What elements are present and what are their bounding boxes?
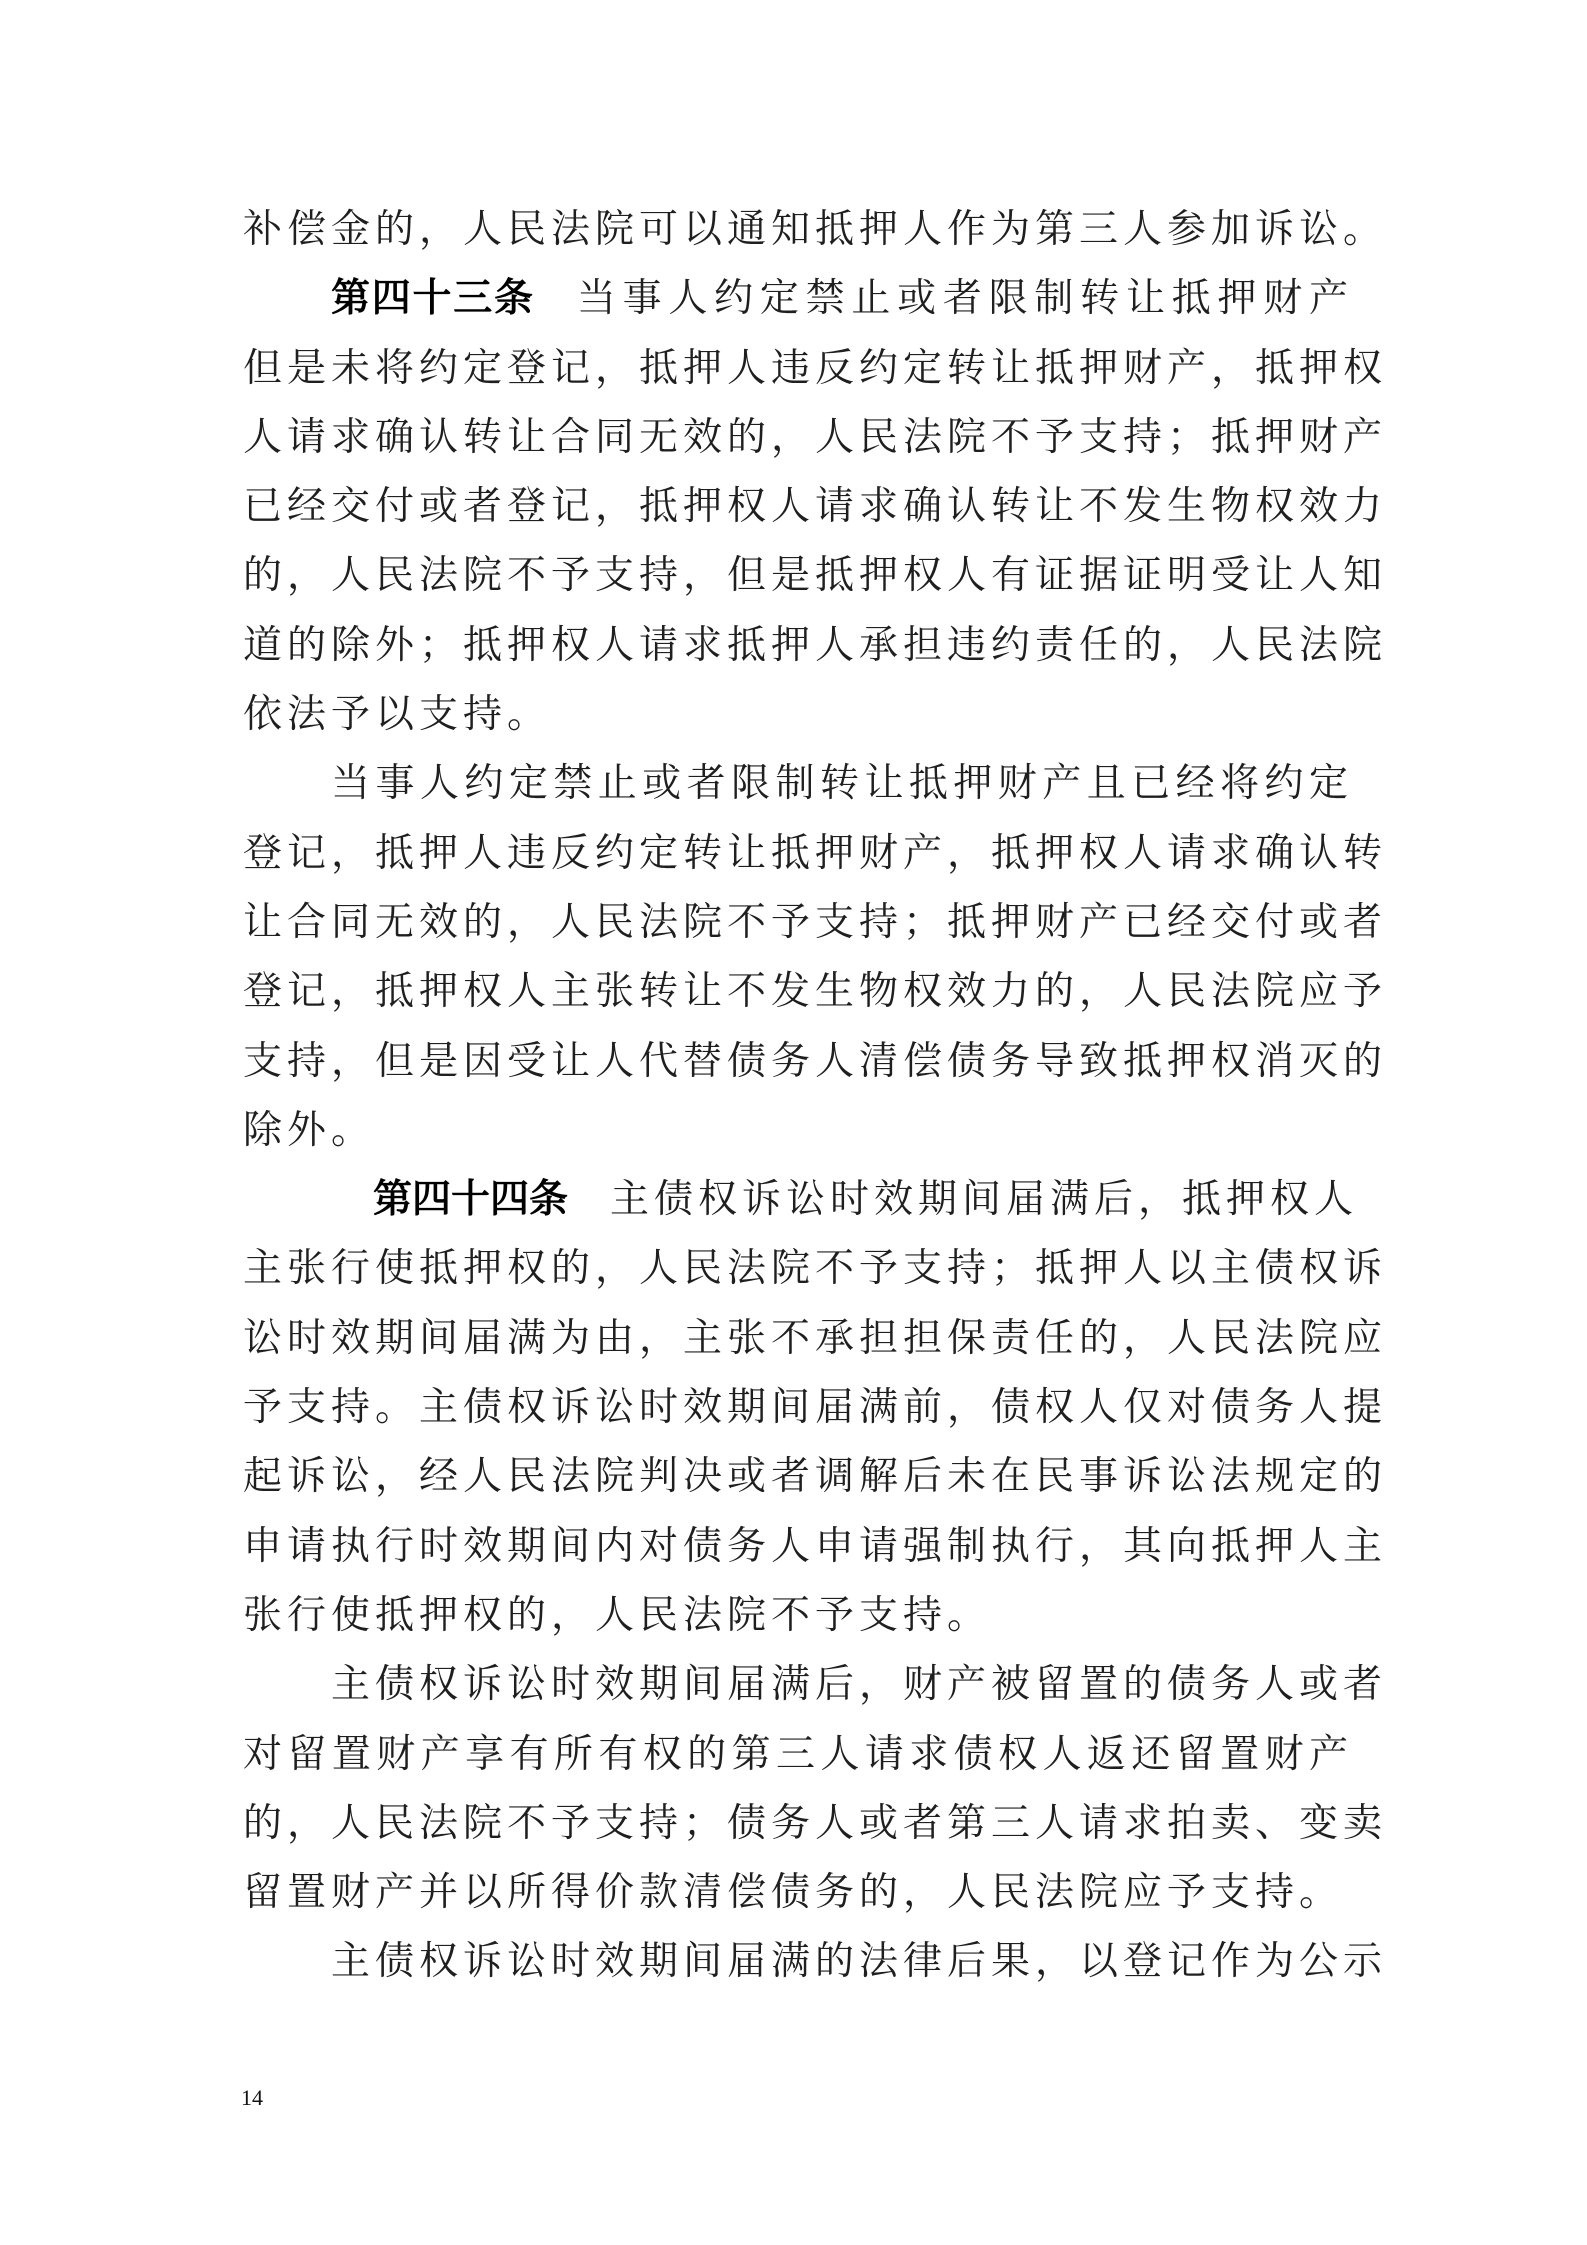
text-line: 道的除外；抵押权人请求抵押人承担违约责任的，人民法院: [243, 621, 1353, 690]
text-line: 已经交付或者登记，抵押权人请求确认转让不发生物权效力: [243, 482, 1353, 551]
text-line: 依法予以支持。: [243, 690, 1353, 759]
text-line: 登记，抵押人违反约定转让抵押财产，抵押权人请求确认转: [243, 829, 1353, 898]
text-line: 的，人民法院不予支持，但是抵押权人有证据证明受让人知: [243, 551, 1353, 620]
paragraph-first-line: 主债权诉讼时效期间届满后，财产被留置的债务人或者: [243, 1660, 1353, 1729]
article-first-line: 第四十四条主债权诉讼时效期间届满后，抵押权人: [243, 1175, 1353, 1244]
document-page: 补偿金的，人民法院可以通知抵押人作为第三人参加诉讼。 第四十三条当事人约定禁止或…: [0, 0, 1587, 2245]
text-line: 的，人民法院不予支持；债务人或者第三人请求拍卖、变卖: [243, 1799, 1353, 1868]
text-line: 张行使抵押权的，人民法院不予支持。: [243, 1591, 1353, 1660]
text-line: 补偿金的，人民法院可以通知抵押人作为第三人参加诉讼。: [243, 205, 1353, 274]
text-line: 讼时效期间届满为由，主张不承担担保责任的，人民法院应: [243, 1314, 1353, 1383]
text-line: 予支持。主债权诉讼时效期间届满前，债权人仅对债务人提: [243, 1383, 1353, 1452]
text-line: 但是未将约定登记，抵押人违反约定转让抵押财产，抵押权: [243, 344, 1353, 413]
text-line: 申请执行时效期间内对债务人申请强制执行，其向抵押人主: [243, 1522, 1353, 1591]
text-line: 对留置财产享有所有权的第三人请求债权人返还留置财产: [243, 1730, 1353, 1799]
text-line: 支持，但是因受让人代替债务人清偿债务导致抵押权消灭的: [243, 1037, 1353, 1106]
text-line: 除外。: [243, 1106, 1353, 1175]
text-span: 主债权诉讼时效期间届满后，抵押权人: [610, 1177, 1358, 1222]
text-line: 人请求确认转让合同无效的，人民法院不予支持；抵押财产: [243, 413, 1353, 482]
page-number: 14: [241, 2085, 263, 2111]
text-line: 留置财产并以所得价款清偿债务的，人民法院应予支持。: [243, 1868, 1353, 1937]
text-line: 起诉讼，经人民法院判决或者调解后未在民事诉讼法规定的: [243, 1452, 1353, 1521]
text-line: 主张行使抵押权的，人民法院不予支持；抵押人以主债权诉: [243, 1244, 1353, 1313]
text-line: 让合同无效的，人民法院不予支持；抵押财产已经交付或者: [243, 898, 1353, 967]
paragraph-first-line: 当事人约定禁止或者限制转让抵押财产且已经将约定: [243, 759, 1353, 828]
text-line: 登记，抵押权人主张转让不发生物权效力的，人民法院应予: [243, 967, 1353, 1036]
article-heading: 第四十三条: [331, 276, 535, 321]
text-span: 当事人约定禁止或者限制转让抵押财产: [577, 276, 1353, 321]
article-first-line: 第四十三条当事人约定禁止或者限制转让抵押财产: [243, 274, 1353, 343]
article-heading: 第四十四条: [373, 1177, 568, 1222]
paragraph-first-line: 主债权诉讼时效期间届满的法律后果，以登记作为公示: [243, 1937, 1353, 2006]
document-body: 补偿金的，人民法院可以通知抵押人作为第三人参加诉讼。 第四十三条当事人约定禁止或…: [243, 205, 1353, 2007]
